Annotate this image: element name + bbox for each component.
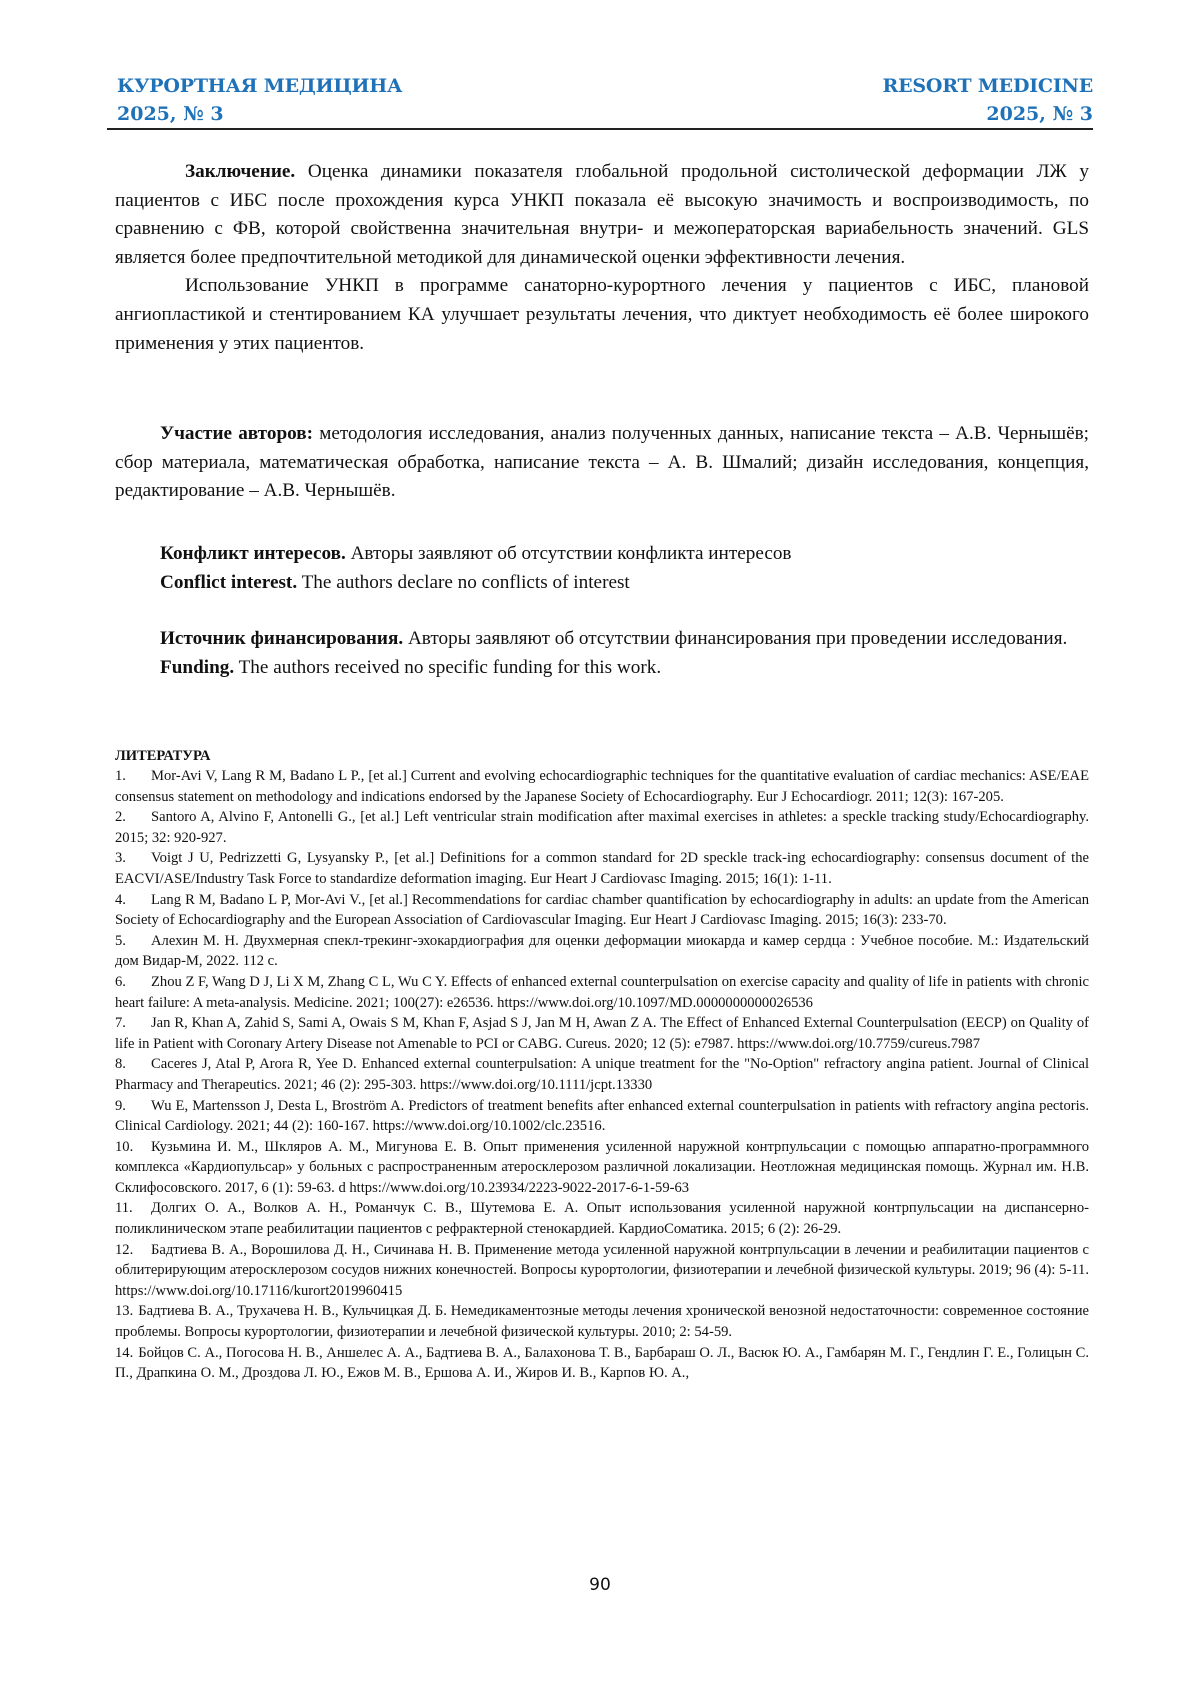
funding-section: Источник финансирования. Авторы заявляют…: [115, 625, 1089, 682]
funding-text-ru: Авторы заявляют об отсутствии финансиров…: [403, 628, 1067, 649]
conflict-label-ru: Конфликт интересов.: [160, 543, 346, 564]
funding-label-ru: Источник финансирования.: [160, 628, 403, 649]
funding-ru: Источник финансирования. Авторы заявляют…: [115, 625, 1089, 654]
reference-number: 6.: [115, 972, 151, 993]
reference-number: 4.: [115, 890, 151, 911]
reference-number: 3.: [115, 848, 151, 869]
conflict-en: Conflict interest. The authors declare n…: [115, 569, 1089, 598]
authors-paragraph: Участие авторов: методология исследовани…: [115, 420, 1089, 506]
conclusion-paragraph-1: Заключение. Оценка динамики показателя г…: [115, 158, 1089, 272]
reference-text: Santoro A, Alvino F, Antonelli G., [et a…: [115, 809, 1089, 846]
reference-number: 1.: [115, 766, 151, 787]
funding-text-en: The authors received no specific funding…: [234, 657, 661, 678]
reference-number: 11.: [115, 1198, 151, 1219]
header-left: КУРОРТНАЯ МЕДИЦИНА 2025, № 3: [117, 72, 402, 128]
reference-number: 13.: [115, 1301, 133, 1322]
conflict-label-en: Conflict interest.: [160, 572, 297, 593]
reference-item: 10.Кузьмина И. М., Шкляров А. М., Мигуно…: [115, 1137, 1089, 1199]
reference-text: Caceres J, Atal P, Arora R, Yee D. Enhan…: [115, 1056, 1089, 1093]
reference-number: 5.: [115, 931, 151, 952]
reference-item: 3.Voigt J U, Pedrizzetti G, Lysyansky P.…: [115, 848, 1089, 889]
conflict-text-en: The authors declare no conflicts of inte…: [297, 572, 630, 593]
reference-text: Jan R, Khan A, Zahid S, Sami A, Owais S …: [115, 1015, 1089, 1052]
reference-item: 1.Mor-Avi V, Lang R M, Badano L P., [et …: [115, 766, 1089, 807]
issue-number-en: 2025, № 3: [883, 100, 1094, 128]
reference-text: Бадтиева В. А., Ворошилова Д. Н., Сичина…: [115, 1242, 1089, 1299]
reference-text: Бадтиева В. А., Трухачева Н. В., Кульчиц…: [115, 1303, 1089, 1340]
reference-item: 8.Caceres J, Atal P, Arora R, Yee D. Enh…: [115, 1054, 1089, 1095]
reference-item: 12.Бадтиева В. А., Ворошилова Д. Н., Сич…: [115, 1240, 1089, 1302]
reference-text: Zhou Z F, Wang D J, Li X M, Zhang C L, W…: [115, 974, 1089, 1011]
reference-text: Кузьмина И. М., Шкляров А. М., Мигунова …: [115, 1139, 1089, 1196]
journal-title-en: RESORT MEDICINE: [883, 72, 1094, 100]
funding-en: Funding. The authors received no specifi…: [115, 654, 1089, 683]
reference-text: Алехин М. Н. Двухмерная спекл-трекинг-эх…: [115, 933, 1089, 970]
reference-number: 8.: [115, 1054, 151, 1075]
reference-item: 11.Долгих О. А., Волков А. Н., Романчук …: [115, 1198, 1089, 1239]
journal-title-ru: КУРОРТНАЯ МЕДИЦИНА: [117, 72, 402, 100]
reference-number: 7.: [115, 1013, 151, 1034]
references-title: ЛИТЕРАТУРА: [115, 746, 1089, 766]
reference-text: Voigt J U, Pedrizzetti G, Lysyansky P., …: [115, 850, 1089, 887]
header-divider: [107, 128, 1093, 130]
reference-number: 12.: [115, 1240, 151, 1261]
page-number: 90: [0, 1575, 1200, 1595]
header-right: RESORT MEDICINE 2025, № 3: [883, 72, 1094, 128]
conflict-section: Конфликт интересов. Авторы заявляют об о…: [115, 540, 1089, 597]
conflict-ru: Конфликт интересов. Авторы заявляют об о…: [115, 540, 1089, 569]
conflict-text-ru: Авторы заявляют об отсутствии конфликта …: [346, 543, 792, 564]
reference-item: 6.Zhou Z F, Wang D J, Li X M, Zhang C L,…: [115, 972, 1089, 1013]
conclusion-section: Заключение. Оценка динамики показателя г…: [115, 158, 1089, 358]
reference-text: Долгих О. А., Волков А. Н., Романчук С. …: [115, 1200, 1089, 1237]
reference-item: 14.Бойцов С. А., Погосова Н. В., Аншелес…: [115, 1343, 1089, 1384]
conclusion-paragraph-2: Использование УНКП в программе санаторно…: [115, 272, 1089, 358]
reference-number: 9.: [115, 1096, 151, 1117]
authors-contribution-section: Участие авторов: методология исследовани…: [115, 420, 1089, 506]
references-section: ЛИТЕРАТУРА 1.Mor-Avi V, Lang R M, Badano…: [115, 746, 1089, 1384]
reference-item: 4.Lang R M, Badano L P, Mor-Avi V., [et …: [115, 890, 1089, 931]
reference-number: 2.: [115, 807, 151, 828]
authors-label: Участие авторов:: [160, 423, 313, 444]
issue-number-ru: 2025, № 3: [117, 100, 402, 128]
reference-item: 7.Jan R, Khan A, Zahid S, Sami A, Owais …: [115, 1013, 1089, 1054]
reference-item: 13.Бадтиева В. А., Трухачева Н. В., Куль…: [115, 1301, 1089, 1342]
reference-text: Lang R M, Badano L P, Mor-Avi V., [et al…: [115, 892, 1089, 929]
reference-item: 5.Алехин М. Н. Двухмерная спекл-трекинг-…: [115, 931, 1089, 972]
reference-text: Бойцов С. А., Погосова Н. В., Аншелес А.…: [115, 1345, 1089, 1382]
journal-page: КУРОРТНАЯ МЕДИЦИНА 2025, № 3 RESORT MEDI…: [0, 0, 1200, 1697]
reference-text: Wu E, Martensson J, Desta L, Broström A.…: [115, 1098, 1089, 1135]
reference-number: 10.: [115, 1137, 151, 1158]
references-list: 1.Mor-Avi V, Lang R M, Badano L P., [et …: [115, 766, 1089, 1384]
reference-number: 14.: [115, 1343, 133, 1364]
funding-label-en: Funding.: [160, 657, 234, 678]
reference-item: 9.Wu E, Martensson J, Desta L, Broström …: [115, 1096, 1089, 1137]
conclusion-label: Заключение.: [185, 161, 295, 182]
reference-text: Mor-Avi V, Lang R M, Badano L P., [et al…: [115, 768, 1089, 805]
reference-item: 2.Santoro A, Alvino F, Antonelli G., [et…: [115, 807, 1089, 848]
